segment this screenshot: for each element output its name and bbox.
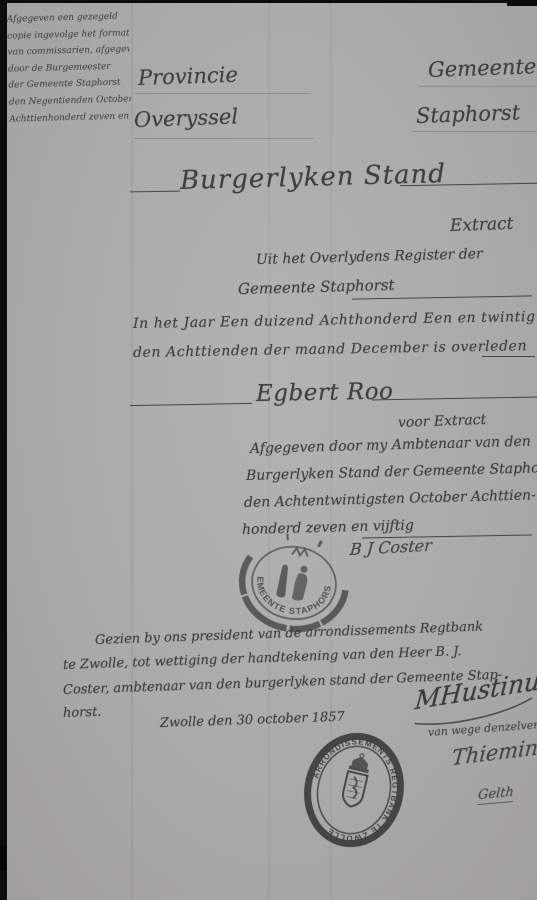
ruled-line bbox=[134, 138, 314, 139]
crown-orb bbox=[359, 753, 364, 758]
ruled-line bbox=[412, 131, 537, 132]
act-line-1: In het Jaar Een duizend Achthonderd Een … bbox=[133, 309, 536, 332]
margin-note: Afgegeven een gezegeld copie ingevolge h… bbox=[7, 8, 132, 127]
name-dash-left bbox=[130, 403, 252, 406]
scan-black-edge-top-right bbox=[507, 0, 537, 6]
civil-registry-extract-scan: Afgegeven een gezegeld copie ingevolge h… bbox=[0, 0, 537, 900]
issuance-line-3: den Achtentwintigsten October Achttien- bbox=[244, 487, 536, 511]
margin-note-line: van commissarien, afgegeven bbox=[7, 42, 129, 62]
register-line-1: Uit het Overlydens Register der bbox=[256, 246, 483, 268]
province-value: Overyssel bbox=[134, 104, 239, 132]
issuance-line-2: Burgerlyken Stand der Gemeente Staphorst bbox=[246, 460, 537, 484]
scan-blot-left bbox=[0, 845, 6, 871]
register-dash bbox=[352, 295, 532, 299]
scan-black-edge-left bbox=[0, 0, 7, 900]
extract-heading: Extract bbox=[450, 214, 514, 236]
municipality-label: Gemeente bbox=[428, 54, 537, 82]
seal-figure-right bbox=[292, 572, 309, 601]
title-dash-left bbox=[130, 191, 180, 193]
margin-note-line: Achttienhonderd zeven en vijftig bbox=[9, 108, 131, 128]
seal-figure-head bbox=[300, 565, 308, 573]
paper-fold-crease bbox=[131, 0, 133, 900]
register-line-2: Gemeente Staphorst bbox=[238, 276, 395, 298]
clerk-subscript: Gelth bbox=[477, 785, 514, 805]
legalization-line-2: te Zwolle, tot wettiging der handtekenin… bbox=[63, 644, 462, 673]
zwolle-court-seal-stamp: ARRONDISSEMENTS REGTBANK TE ZWOLLE bbox=[292, 721, 416, 858]
ruled-line bbox=[418, 86, 537, 87]
name-dash-right bbox=[372, 397, 537, 401]
province-label: Provincie bbox=[138, 63, 239, 90]
ruled-line bbox=[135, 93, 311, 94]
legalization-line-4: horst. bbox=[63, 705, 102, 721]
document-title: Burgerlyken Stand bbox=[180, 159, 447, 196]
issuance-line-1: Afgegeven door my Ambtenaar van den bbox=[250, 434, 531, 457]
act-dash bbox=[482, 356, 535, 357]
clerk-signature: Thieminz bbox=[451, 734, 537, 770]
for-extract-label: voor Extract bbox=[398, 412, 487, 431]
registrar-signature: B J Coster bbox=[349, 536, 433, 559]
seal-figure-left bbox=[276, 564, 290, 598]
deceased-name: Egbert Roo bbox=[256, 379, 394, 407]
municipality-value: Staphorst bbox=[416, 100, 521, 128]
